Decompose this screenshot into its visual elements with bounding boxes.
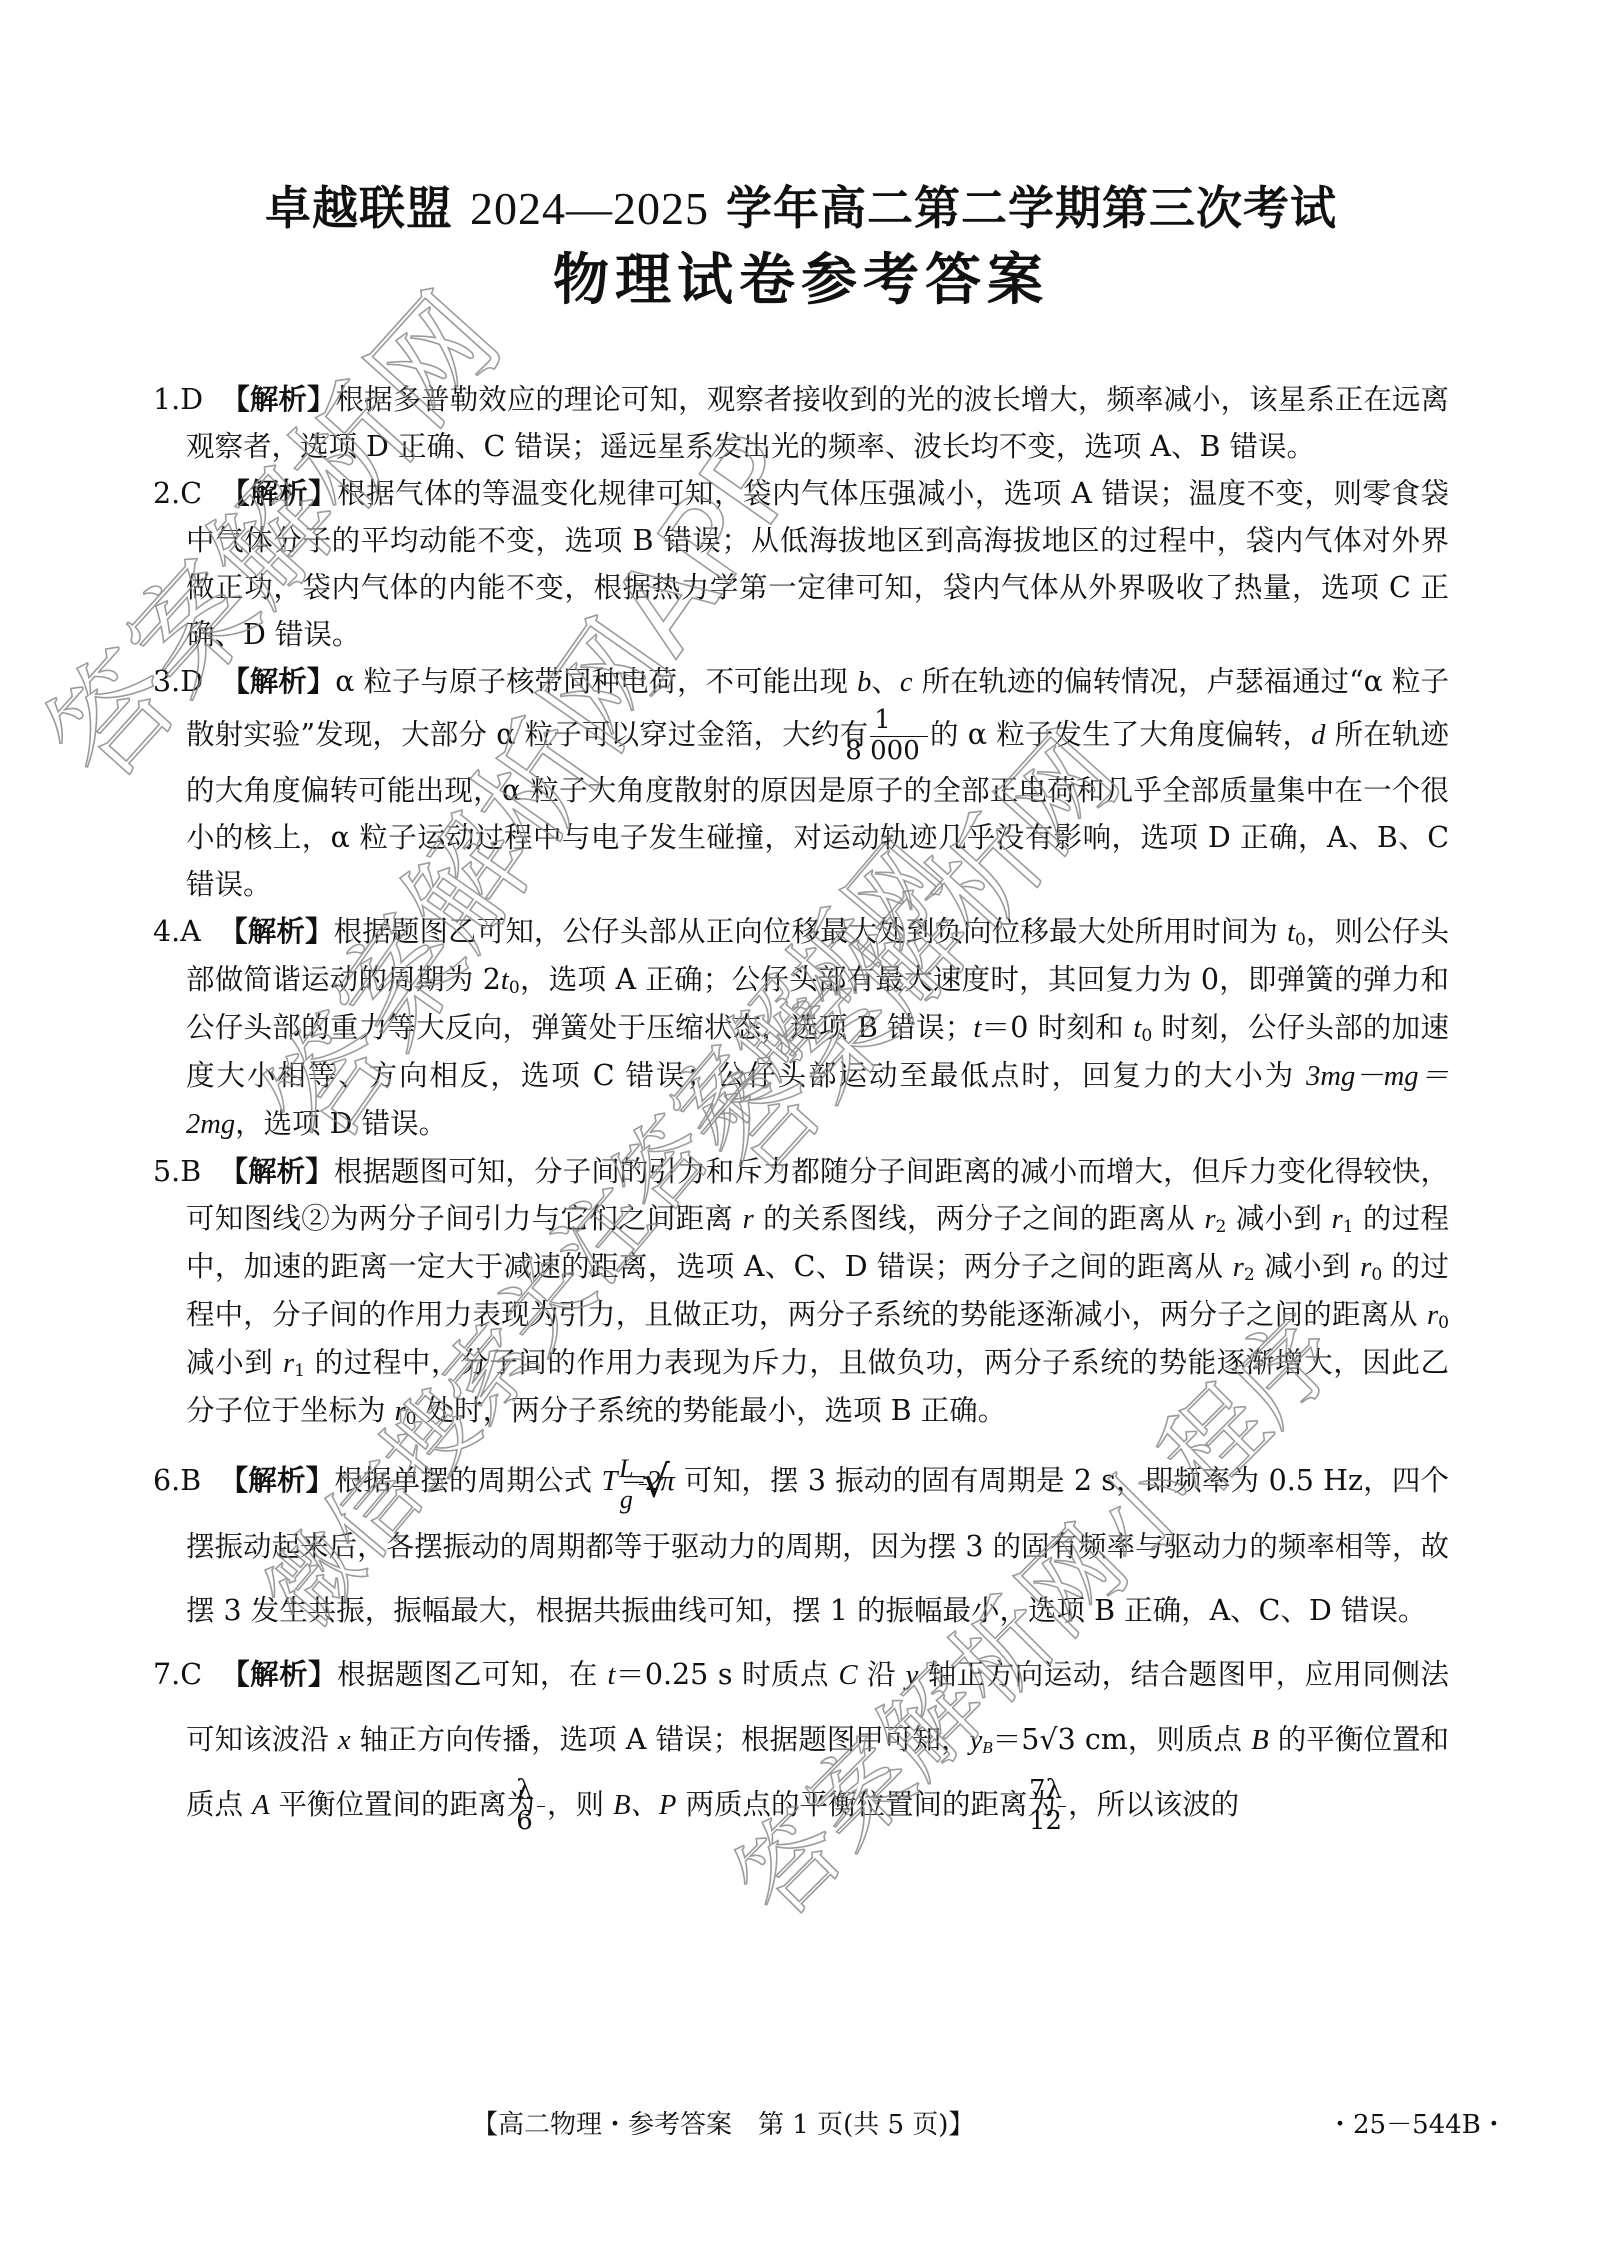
subscript: 0 bbox=[406, 1409, 417, 1429]
subscript: 1 bbox=[294, 1361, 305, 1381]
math-var: x bbox=[338, 1725, 351, 1756]
document-subtitle: 物理试卷参考答案 bbox=[0, 246, 1602, 316]
answer-choice: D bbox=[180, 665, 203, 698]
analysis-text: 沿 bbox=[858, 1658, 906, 1691]
fraction-denominator: 12 bbox=[1058, 1807, 1066, 1837]
fraction: Lg bbox=[639, 1454, 647, 1515]
subscript: 1 bbox=[1343, 1217, 1354, 1237]
answer-item-6: 6.B 【解析】根据单摆的周期公式 T＝2π√Lg 可知，摆 3 振动的固有周期… bbox=[153, 1449, 1449, 1644]
analysis-text: ，则 bbox=[547, 1788, 613, 1821]
title-suffix: 学年高二第二学期第三次考试 bbox=[709, 181, 1337, 235]
fraction-numerator: 1 bbox=[870, 706, 928, 737]
answer-choice: C bbox=[180, 477, 202, 510]
analysis-text: ＝5√3 cm，则质点 bbox=[993, 1723, 1252, 1756]
subscript: 0 bbox=[1295, 930, 1306, 950]
answer-number: 3. bbox=[153, 665, 180, 698]
analysis-text: 处时，两分子系统的势能最小，选项 B 正确。 bbox=[417, 1394, 1007, 1427]
answer-item-5: 5.B 【解析】根据题图可知，分子间的引力和斥力都随分子间距离的减小而增大，但斥… bbox=[153, 1148, 1449, 1435]
analysis-text: α 粒子与原子核带同种电荷，不可能出现 bbox=[335, 665, 857, 698]
math-var: r bbox=[1233, 1252, 1244, 1283]
math-var: d bbox=[1311, 720, 1325, 751]
answer-number: 4. bbox=[153, 915, 180, 948]
math-var: r bbox=[395, 1396, 406, 1427]
answer-choice: B bbox=[180, 1464, 201, 1497]
analysis-text: 根据单摆的周期公式 bbox=[334, 1464, 601, 1497]
analysis-text: ，选项 D 错误。 bbox=[235, 1107, 447, 1140]
analysis-text: 轴正方向传播，选项 A 错误；根据题图甲可知， bbox=[351, 1723, 970, 1756]
fraction: 7λ12 bbox=[1058, 1776, 1066, 1837]
answer-item-4: 4.A 【解析】根据题图乙可知，公仔头部从正向位移最大处到负向位移最大处所用时间… bbox=[153, 908, 1449, 1148]
footer-page-info: 【高二物理・参考答案 第 1 页(共 5 页)】 bbox=[472, 2104, 974, 2141]
math-var: B、P bbox=[613, 1790, 676, 1821]
fraction-numerator: L bbox=[639, 1454, 647, 1485]
analysis-text: 两质点的平衡位置间的距离为 bbox=[676, 1788, 1056, 1821]
analysis-text: ＝0 时刻和 bbox=[981, 1011, 1133, 1044]
answer-item-3: 3.D 【解析】α 粒子与原子核带同种电荷，不可能出现 b、c 所在轨迹的偏转情… bbox=[153, 658, 1449, 908]
title-prefix: 卓越联盟 bbox=[265, 181, 470, 235]
analysis-text: 根据题图乙可知，在 bbox=[337, 1658, 607, 1691]
analysis-text: 根据多普勒效应的理论可知，观察者接收到的光的波长增大，频率减小，该星系正在远离观… bbox=[186, 383, 1449, 463]
answer-list: 1.D 【解析】根据多普勒效应的理论可知，观察者接收到的光的波长增大，频率减小，… bbox=[153, 376, 1449, 1838]
math-var: b bbox=[857, 667, 871, 698]
analysis-tag: 【解析】 bbox=[220, 1464, 335, 1497]
fraction: 18 000 bbox=[870, 706, 928, 767]
analysis-tag: 【解析】 bbox=[221, 477, 337, 510]
answer-number: 5. bbox=[153, 1155, 180, 1188]
answer-number: 1. bbox=[153, 383, 180, 416]
subscript: 0 bbox=[1438, 1313, 1449, 1333]
analysis-text: 平衡位置间的距离为 bbox=[269, 1788, 535, 1821]
answer-item-1: 1.D 【解析】根据多普勒效应的理论可知，观察者接收到的光的波长增大，频率减小，… bbox=[153, 376, 1449, 470]
answer-item-2: 2.C 【解析】根据气体的等温变化规律可知，袋内气体压强减小，选项 A 错误；温… bbox=[153, 470, 1449, 658]
subscript: B bbox=[982, 1738, 992, 1757]
math-var: c bbox=[900, 667, 913, 698]
fraction-denominator: 6 bbox=[537, 1807, 545, 1837]
fraction-numerator: λ bbox=[537, 1776, 545, 1807]
answer-sheet-page: 卓越联盟 2024—2025 学年高二第二学期第三次考试 物理试卷参考答案 1.… bbox=[0, 0, 1602, 2252]
math-var: r bbox=[1204, 1204, 1215, 1235]
answer-item-7: 7.C 【解析】根据题图乙可知，在 t＝0.25 s 时质点 C 沿 y 轴正方… bbox=[153, 1643, 1449, 1838]
analysis-text: 减小到 bbox=[1226, 1202, 1331, 1235]
fraction-denominator: g bbox=[639, 1485, 647, 1515]
math-var: t bbox=[1287, 917, 1295, 948]
exam-title: 卓越联盟 2024—2025 学年高二第二学期第三次考试 bbox=[0, 180, 1602, 237]
analysis-text: 减小到 bbox=[1255, 1250, 1360, 1283]
analysis-text: ，所以该波的 bbox=[1068, 1788, 1239, 1821]
math-var: C bbox=[838, 1660, 857, 1691]
subscript: 0 bbox=[509, 978, 520, 998]
analysis-text: 的 α 粒子发生了大角度偏转， bbox=[930, 718, 1311, 751]
subscript: 0 bbox=[1141, 1026, 1152, 1046]
analysis-text: 根据气体的等温变化规律可知，袋内气体压强减小，选项 A 错误；温度不变，则零食袋… bbox=[186, 477, 1449, 651]
fraction-numerator: 7λ bbox=[1058, 1776, 1066, 1807]
math-var: t bbox=[501, 965, 509, 996]
math-var: B bbox=[1251, 1725, 1268, 1756]
analysis-text: 减小到 bbox=[186, 1346, 283, 1379]
footer-doc-code: ・25－544B・ bbox=[1327, 2104, 1507, 2141]
answer-choice: C bbox=[180, 1658, 202, 1691]
math-var: r bbox=[1360, 1252, 1371, 1283]
analysis-text: 根据题图乙可知，公仔头部从正向位移最大处到负向位移最大处所用时间为 bbox=[334, 915, 1287, 948]
math-var: r bbox=[1332, 1204, 1343, 1235]
fraction: λ6 bbox=[537, 1776, 545, 1837]
answer-choice: B bbox=[180, 1155, 201, 1188]
analysis-tag: 【解析】 bbox=[221, 383, 335, 416]
subscript: 0 bbox=[1371, 1265, 1382, 1285]
analysis-text: 的关系图线，两分子之间的距离从 bbox=[754, 1202, 1205, 1235]
subscript: 2 bbox=[1216, 1217, 1227, 1237]
analysis-tag: 【解析】 bbox=[219, 915, 333, 948]
answer-choice: D bbox=[180, 383, 203, 416]
math-var: r bbox=[743, 1204, 754, 1235]
title-years: 2024—2025 bbox=[470, 183, 709, 234]
separator: 、 bbox=[871, 665, 900, 698]
answer-number: 6. bbox=[153, 1464, 180, 1497]
math-var: A bbox=[252, 1790, 269, 1821]
answer-number: 2. bbox=[153, 477, 180, 510]
math-var: r bbox=[1427, 1300, 1438, 1331]
subscript: 2 bbox=[1244, 1265, 1255, 1285]
answer-number: 7. bbox=[153, 1658, 180, 1691]
math-var: r bbox=[283, 1348, 294, 1379]
analysis-text: ＝0.25 s 时质点 bbox=[615, 1658, 838, 1691]
math-var: y bbox=[906, 1660, 919, 1691]
analysis-tag: 【解析】 bbox=[219, 1155, 333, 1188]
analysis-tag: 【解析】 bbox=[221, 1658, 337, 1691]
math-var: y bbox=[970, 1725, 983, 1756]
fraction-denominator: 8 000 bbox=[870, 737, 928, 767]
answer-choice: A bbox=[180, 915, 201, 948]
analysis-tag: 【解析】 bbox=[221, 665, 335, 698]
